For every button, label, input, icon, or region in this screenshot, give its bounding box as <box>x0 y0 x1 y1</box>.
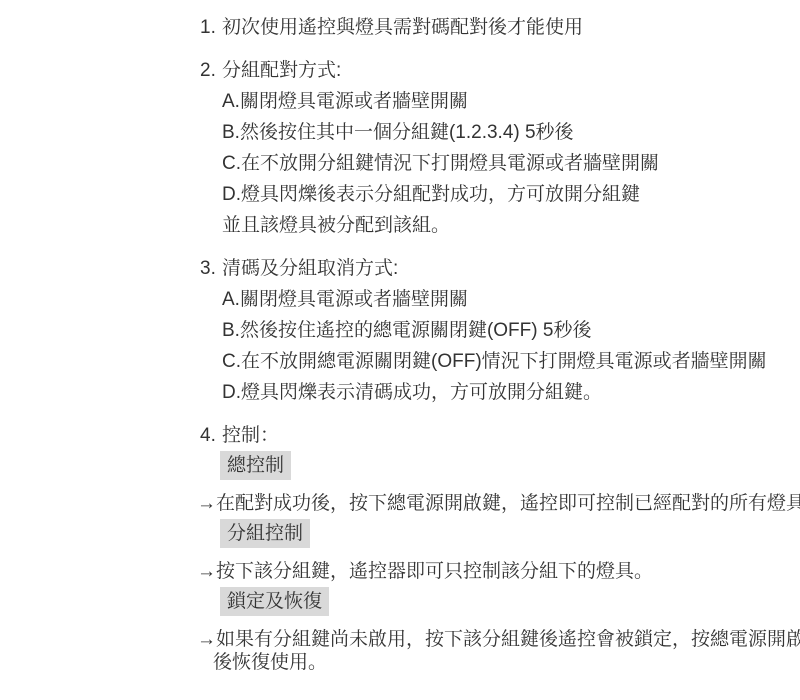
item-3-step-d: D.燈具閃爍表示清碼成功，方可放開分組鍵。 <box>197 377 782 408</box>
item-2-step-d: D.燈具閃爍後表示分組配對成功，方可放開分組鍵 <box>197 179 782 210</box>
group-control-label-row: 分組控制 <box>197 519 782 548</box>
item-2-step-d-continuation: 並且該燈具被分配到該組。 <box>197 210 782 241</box>
item-2-step-b: B.然後按住其中一個分組鍵(1.2.3.4) 5秒後 <box>197 117 782 148</box>
item-3-step-c: C.在不放開總電源關閉鍵(OFF)情況下打開燈具電源或者牆壁開關 <box>197 346 782 377</box>
item-4-number: 4. <box>200 420 222 451</box>
item-1-text: 初次使用遙控與燈具需對碼配對後才能使用 <box>222 12 583 43</box>
item-3-number: 3. <box>200 253 222 284</box>
item-2-title-text: 分組配對方式: <box>222 55 341 86</box>
item-2-step-a: A.關閉燈具電源或者牆壁開關 <box>197 86 782 117</box>
item-3-title-text: 清碼及分組取消方式: <box>222 253 398 284</box>
item-2-step-c: C.在不放開分組鍵情況下打開燈具電源或者牆壁開關 <box>197 148 782 179</box>
item-4-title-text: 控制： <box>222 420 279 451</box>
instruction-item-1: 1. 初次使用遙控與燈具需對碼配對後才能使用 <box>197 12 782 43</box>
item-2-number: 2. <box>200 55 222 86</box>
lock-restore-label: 鎖定及恢復 <box>220 587 329 616</box>
item-1-number: 1. <box>200 12 222 43</box>
master-control-description: →在配對成功後，按下總電源開啟鍵，遙控即可控制已經配對的所有燈具。 <box>197 488 782 519</box>
master-control-label: 總控制 <box>220 451 291 480</box>
item-3-step-a: A.關閉燈具電源或者牆壁開關 <box>197 284 782 315</box>
instruction-page: 1. 初次使用遙控與燈具需對碼配對後才能使用 2. 分組配對方式: A.關閉燈具… <box>0 0 800 700</box>
master-control-label-row: 總控制 <box>197 451 782 480</box>
item-3-step-b: B.然後按住遙控的總電源關閉鍵(OFF) 5秒後 <box>197 315 782 346</box>
instruction-item-2-title: 2. 分組配對方式: <box>197 55 782 86</box>
group-control-label: 分組控制 <box>220 519 310 548</box>
instruction-item-4-title: 4. 控制： <box>197 420 782 451</box>
instruction-content: 1. 初次使用遙控與燈具需對碼配對後才能使用 2. 分組配對方式: A.關閉燈具… <box>197 10 782 676</box>
instruction-item-3-title: 3. 清碼及分組取消方式: <box>197 253 782 284</box>
lock-restore-label-row: 鎖定及恢復 <box>197 587 782 616</box>
group-control-description: →按下該分組鍵，遙控器即可只控制該分組下的燈具。 <box>197 556 782 587</box>
